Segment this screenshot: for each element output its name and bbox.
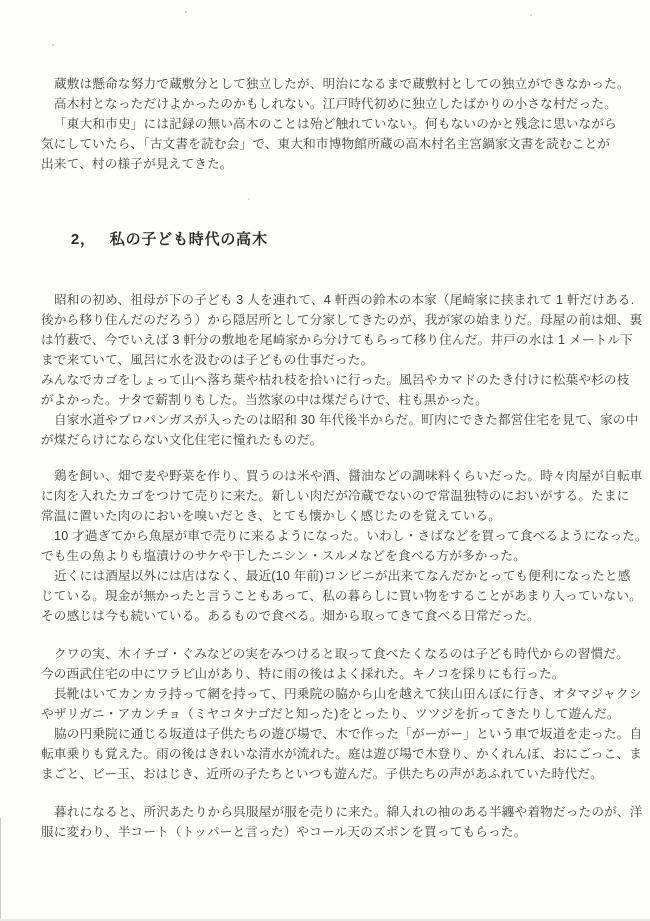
- text-line: 常温に置いた肉のにおいを嗅いだとき、とても懐かしく感じたのを覚えている。: [41, 506, 626, 526]
- text-line: 自家水道やプロパンガスが入ったのは昭和 30 年代後半からだ。町内にできた都営住…: [41, 410, 626, 430]
- text-line: 今の西武住宅の中にワラビ山があり、特に雨の後はよく採れた。キノコを採りにも行った…: [41, 664, 626, 684]
- text-line: 服に変わり、半コート（トッパーと言った）やコール天のズボンを買ってもらった。: [41, 822, 626, 842]
- text-line: みんなでカゴをしょって山へ落ち葉や枯れ枝を拾いに行った。風呂やカマドのたき付けに…: [41, 370, 626, 390]
- section-title: 私の子ども時代の高木: [110, 231, 268, 248]
- text-line: 近くには酒屋以外には店はなく、最近(10 年前)コンビニが出来てなんだかとっても…: [41, 566, 626, 586]
- paragraph-block-clothing: 暮れになると、所沢あたりから呉服屋が服を売りに来た。綿入れの袖のある半纏や着物だ…: [41, 802, 626, 842]
- text-line: 昭和の初め、祖母が下の子ども 3 人を連れて、4 軒西の鈴木の本家（尾崎家に挟ま…: [41, 290, 626, 310]
- text-line: に肉を入れたカゴをつけて売りに来た。新しい肉だが冷蔵でないので常温独特のにおいが…: [41, 486, 626, 506]
- text-line: でも生の魚よりも塩漬けのサケや干したニシン・スルメなどを食べる方が多かった。: [41, 546, 626, 566]
- text-line: がよかった。ナタで薪割りもした。当然家の中は煤だらけで、柱も黒かった。: [41, 390, 626, 410]
- text-line: 鶏を飼い、畑で麦や野菜を作り、買うのは米や酒、醤油などの調味料くらいだった。時々…: [41, 466, 626, 486]
- text-line: 後から移り住んだのだろう）から隠居所として分家してきたのが、我が家の始まりだ。母…: [41, 310, 626, 330]
- scan-edge-artifact: [0, 818, 1, 921]
- text-line: 転車乗りも覚えた。雨の後はきれいな清水が流れた。庭は遊び場で木登り、かくれんぼ、…: [41, 744, 626, 764]
- text-line: まで来ていて、風呂に水を汲むのは子どもの仕事だった。: [41, 350, 626, 370]
- text-line: じている。現金が無かったと言うこともあって、私の暮らしに買い物をすることがあまり…: [41, 586, 626, 606]
- text-line: 気にしていたら、「古文書を読む会」で、東大和市博物館所蔵の高木村名主宮鍋家文書を…: [41, 134, 626, 154]
- text-line: 蔵敷は懸命な努力で蔵敷分として独立したが、明治になるまで蔵敷村としての独立ができ…: [41, 74, 626, 94]
- paragraph-block-food-life: 鶏を飼い、畑で麦や野菜を作り、買うのは米や酒、醤油などの調味料くらいだった。時々…: [41, 466, 626, 626]
- intro-paragraph-block: 蔵敷は懸命な努力で蔵敷分として独立したが、明治になるまで蔵敷村としての独立ができ…: [41, 74, 626, 174]
- text-line: 出来て、村の様子が見えてきた。: [41, 154, 626, 174]
- text-line: 高木村となっただけよかったのかもしれない。江戸時代初めに独立したばかりの小さな村…: [41, 94, 626, 114]
- section-heading: 2，私の子ども時代の高木: [41, 204, 626, 276]
- text-line: は竹薮で、今でいえば 3 軒分の敷地を尾崎家から分けてもらって移り住んだ。井戸の…: [41, 330, 626, 350]
- paragraph-block-family-origin: 昭和の初め、祖母が下の子ども 3 人を連れて、4 軒西の鈴木の本家（尾崎家に挟ま…: [41, 290, 626, 450]
- paragraph-block-play: クワの実、木イチゴ・ぐみなどの実をみつけると取って食べたくなるのは子ども時代から…: [41, 644, 626, 784]
- text-line: 長靴はいてカンカラ持って網を持って、円乗院の脇から山を越えて狭山田んぼに行き、オ…: [41, 684, 626, 704]
- document-page: 蔵敷は懸命な努力で蔵敷分として独立したが、明治になるまで蔵敷村としての独立ができ…: [0, 0, 650, 921]
- text-line: 暮れになると、所沢あたりから呉服屋が服を売りに来た。綿入れの袖のある半纏や着物だ…: [41, 802, 626, 822]
- text-line: クワの実、木イチゴ・ぐみなどの実をみつけると取って食べたくなるのは子ども時代から…: [41, 644, 626, 664]
- page-content: 蔵敷は懸命な努力で蔵敷分として独立したが、明治になるまで蔵敷村としての独立ができ…: [41, 74, 626, 842]
- text-line: 10 才過ぎてから魚屋が車で売りに来るようになった。いわし・さばなどを買って食べ…: [41, 526, 626, 546]
- text-line: が煤だらけにならない文化住宅に憧れたものだ。: [41, 430, 626, 450]
- scan-speck: [530, 14, 532, 16]
- text-line: まごと、ビー玉、おはじき、近所の子たちといつも遊んだ。子供たちの声があふれていた…: [41, 764, 626, 784]
- text-line: やザリガニ・アカンチョ（ミヤコタナゴだと知った)をとったり、ツツジを折ってきたり…: [41, 704, 626, 724]
- text-line: その感じは今も続いている。あるもので食べる。畑から取ってきて食べる日常だった。: [41, 606, 626, 626]
- scan-speck: [52, 44, 54, 46]
- text-line: 「東大和市史」には記録の無い高木のことは殆ど触れていない。何もないのかと残念に思…: [41, 114, 626, 134]
- section-number: 2，: [71, 231, 96, 248]
- text-line: 脇の円乗院に通じる坂道は子供たちの遊び場で、木で作った「がーがー」という車で坂道…: [41, 724, 626, 744]
- scan-speck: [185, 11, 187, 13]
